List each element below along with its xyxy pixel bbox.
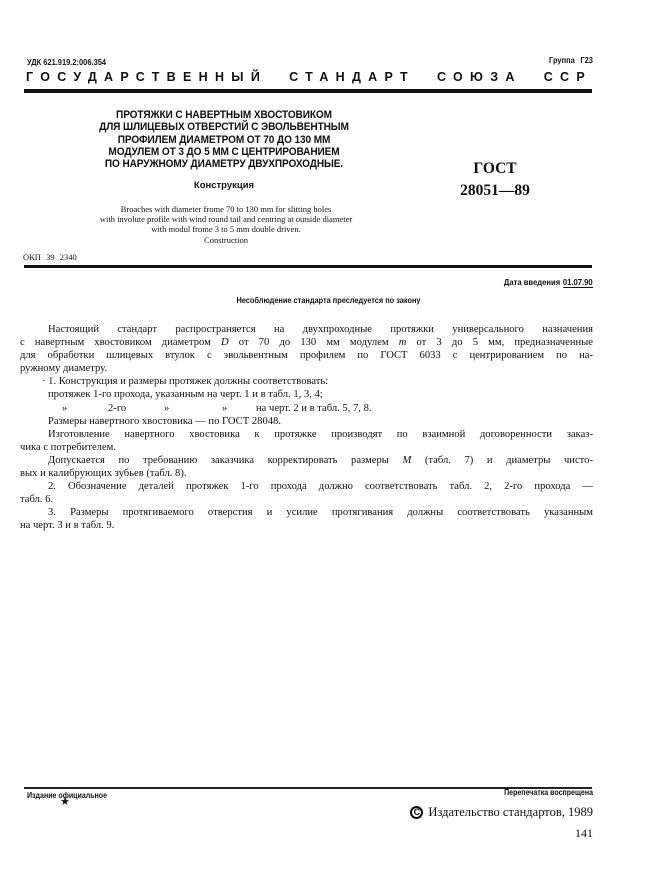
title-line: ДЛЯ ШЛИЦЕВЫХ ОТВЕРСТИЙ С ЭВОЛЬВЕНТНЫМ	[68, 121, 380, 133]
clause-1-allowance-cont: вых и калибрующих зубьев (табл. 8).	[20, 467, 593, 480]
group-code: Группа Г23	[549, 55, 593, 65]
introduction-date-value: 01.07.90	[563, 277, 593, 288]
gost-label: ГОСТ	[440, 158, 550, 180]
english-title-line: with modul frome 3 to 5 mm double driven…	[50, 224, 402, 234]
clause-1-item-2: »2-го»»на черт. 2 и в табл. 5, 7, 8.	[20, 402, 593, 415]
clause-3-cont: на черт. 3 и в табл. 9.	[20, 519, 593, 532]
middle-rule-divider	[24, 265, 592, 268]
gost-designation: ГОСТ 28051—89	[440, 158, 550, 202]
clause-1-item-1: протяжек 1-го прохода, указанным на черт…	[20, 388, 593, 401]
body-line: с навертным хвостовиком диаметром D от 7…	[20, 336, 593, 349]
introduction-date-label: Дата введения	[504, 277, 560, 287]
clause-1-manufacture-cont: чика с потребителем.	[20, 441, 593, 454]
title-line: ПРОФИЛЕМ ДИАМЕТРОМ ОТ 70 ДО 130 ММ	[68, 134, 380, 146]
introduction-date: Дата введения01.07.90	[504, 277, 593, 287]
clause-1-heading: · 1. Конструкция и размеры протяжек долж…	[20, 375, 593, 388]
clause-1-manufacture: Изготовление навертного хвостовика к про…	[20, 428, 593, 441]
english-title-line: Construction	[50, 235, 402, 245]
clause-2-cont: табл. 6.	[20, 493, 593, 506]
english-title-line: Broaches with diameter frome 70 to 130 m…	[50, 204, 402, 214]
heading-word-state: ГОСУДАРСТВЕННЫЙ	[26, 70, 267, 84]
document-title: ПРОТЯЖКИ С НАВЕРТНЫМ ХВОСТОВИКОМ ДЛЯ ШЛИ…	[68, 109, 380, 170]
copyright-text: Издательство стандартов, 1989	[428, 805, 593, 820]
subtitle-english: Broaches with diameter frome 70 to 130 m…	[50, 204, 402, 245]
title-line: МОДУЛЕМ ОТ 3 ДО 5 ММ С ЦЕНТРИРОВАНИЕМ	[68, 146, 380, 158]
law-notice: Несоблюдение стандарта преследуется по з…	[33, 296, 624, 305]
body-line: для обработки шлицевых втулок с эвольвен…	[20, 349, 593, 362]
page-number: 141	[575, 826, 593, 841]
copyright-notice: C Издательство стандартов, 1989	[410, 805, 593, 820]
document-body: Настоящий стандарт распространяется на д…	[20, 323, 593, 533]
heading-word-standard: СТАНДАРТ	[289, 70, 415, 84]
copyright-icon: C	[410, 806, 423, 819]
udk-code: УДК 621.919.2:006.354	[27, 57, 106, 67]
subtitle-construction-ru: Конструкция	[60, 180, 388, 191]
heading-word-union: СОЮЗА	[437, 70, 522, 84]
state-standard-heading: ГОСУДАРСТВЕННЫЙ СТАНДАРТ СОЮЗА ССР	[26, 70, 592, 84]
variable-m: m	[399, 337, 407, 348]
clause-1-tail-size: Размеры навертного хвостовика — по ГОСТ …	[20, 415, 593, 428]
reprint-prohibited: Перепечатка воспрещена	[504, 788, 593, 797]
body-line: ружному диаметру.	[20, 362, 593, 375]
heading-word-ussr: ССР	[544, 70, 592, 84]
body-line: Настоящий стандарт распространяется на д…	[20, 323, 593, 336]
okp-code: ОКП 39 2340	[23, 252, 77, 262]
clause-1-allowance: Допускается по требованию заказчика корр…	[20, 454, 593, 467]
gost-number: 28051—89	[440, 180, 550, 202]
top-rule-divider	[24, 89, 592, 93]
variable-D: D	[221, 337, 229, 348]
star-icon: ★	[60, 797, 70, 808]
english-title-line: with involute profile with wind round ta…	[50, 214, 402, 224]
clause-3: 3. Размеры протягиваемого отверстия и ус…	[20, 506, 593, 519]
clause-2: 2. Обозначение деталей протяжек 1-го про…	[20, 480, 593, 493]
title-line: ПО НАРУЖНОМУ ДИАМЕТРУ ДВУХПРОХОДНЫЕ.	[68, 158, 380, 170]
variable-M: M	[402, 455, 411, 466]
title-line: ПРОТЯЖКИ С НАВЕРТНЫМ ХВОСТОВИКОМ	[68, 109, 380, 121]
